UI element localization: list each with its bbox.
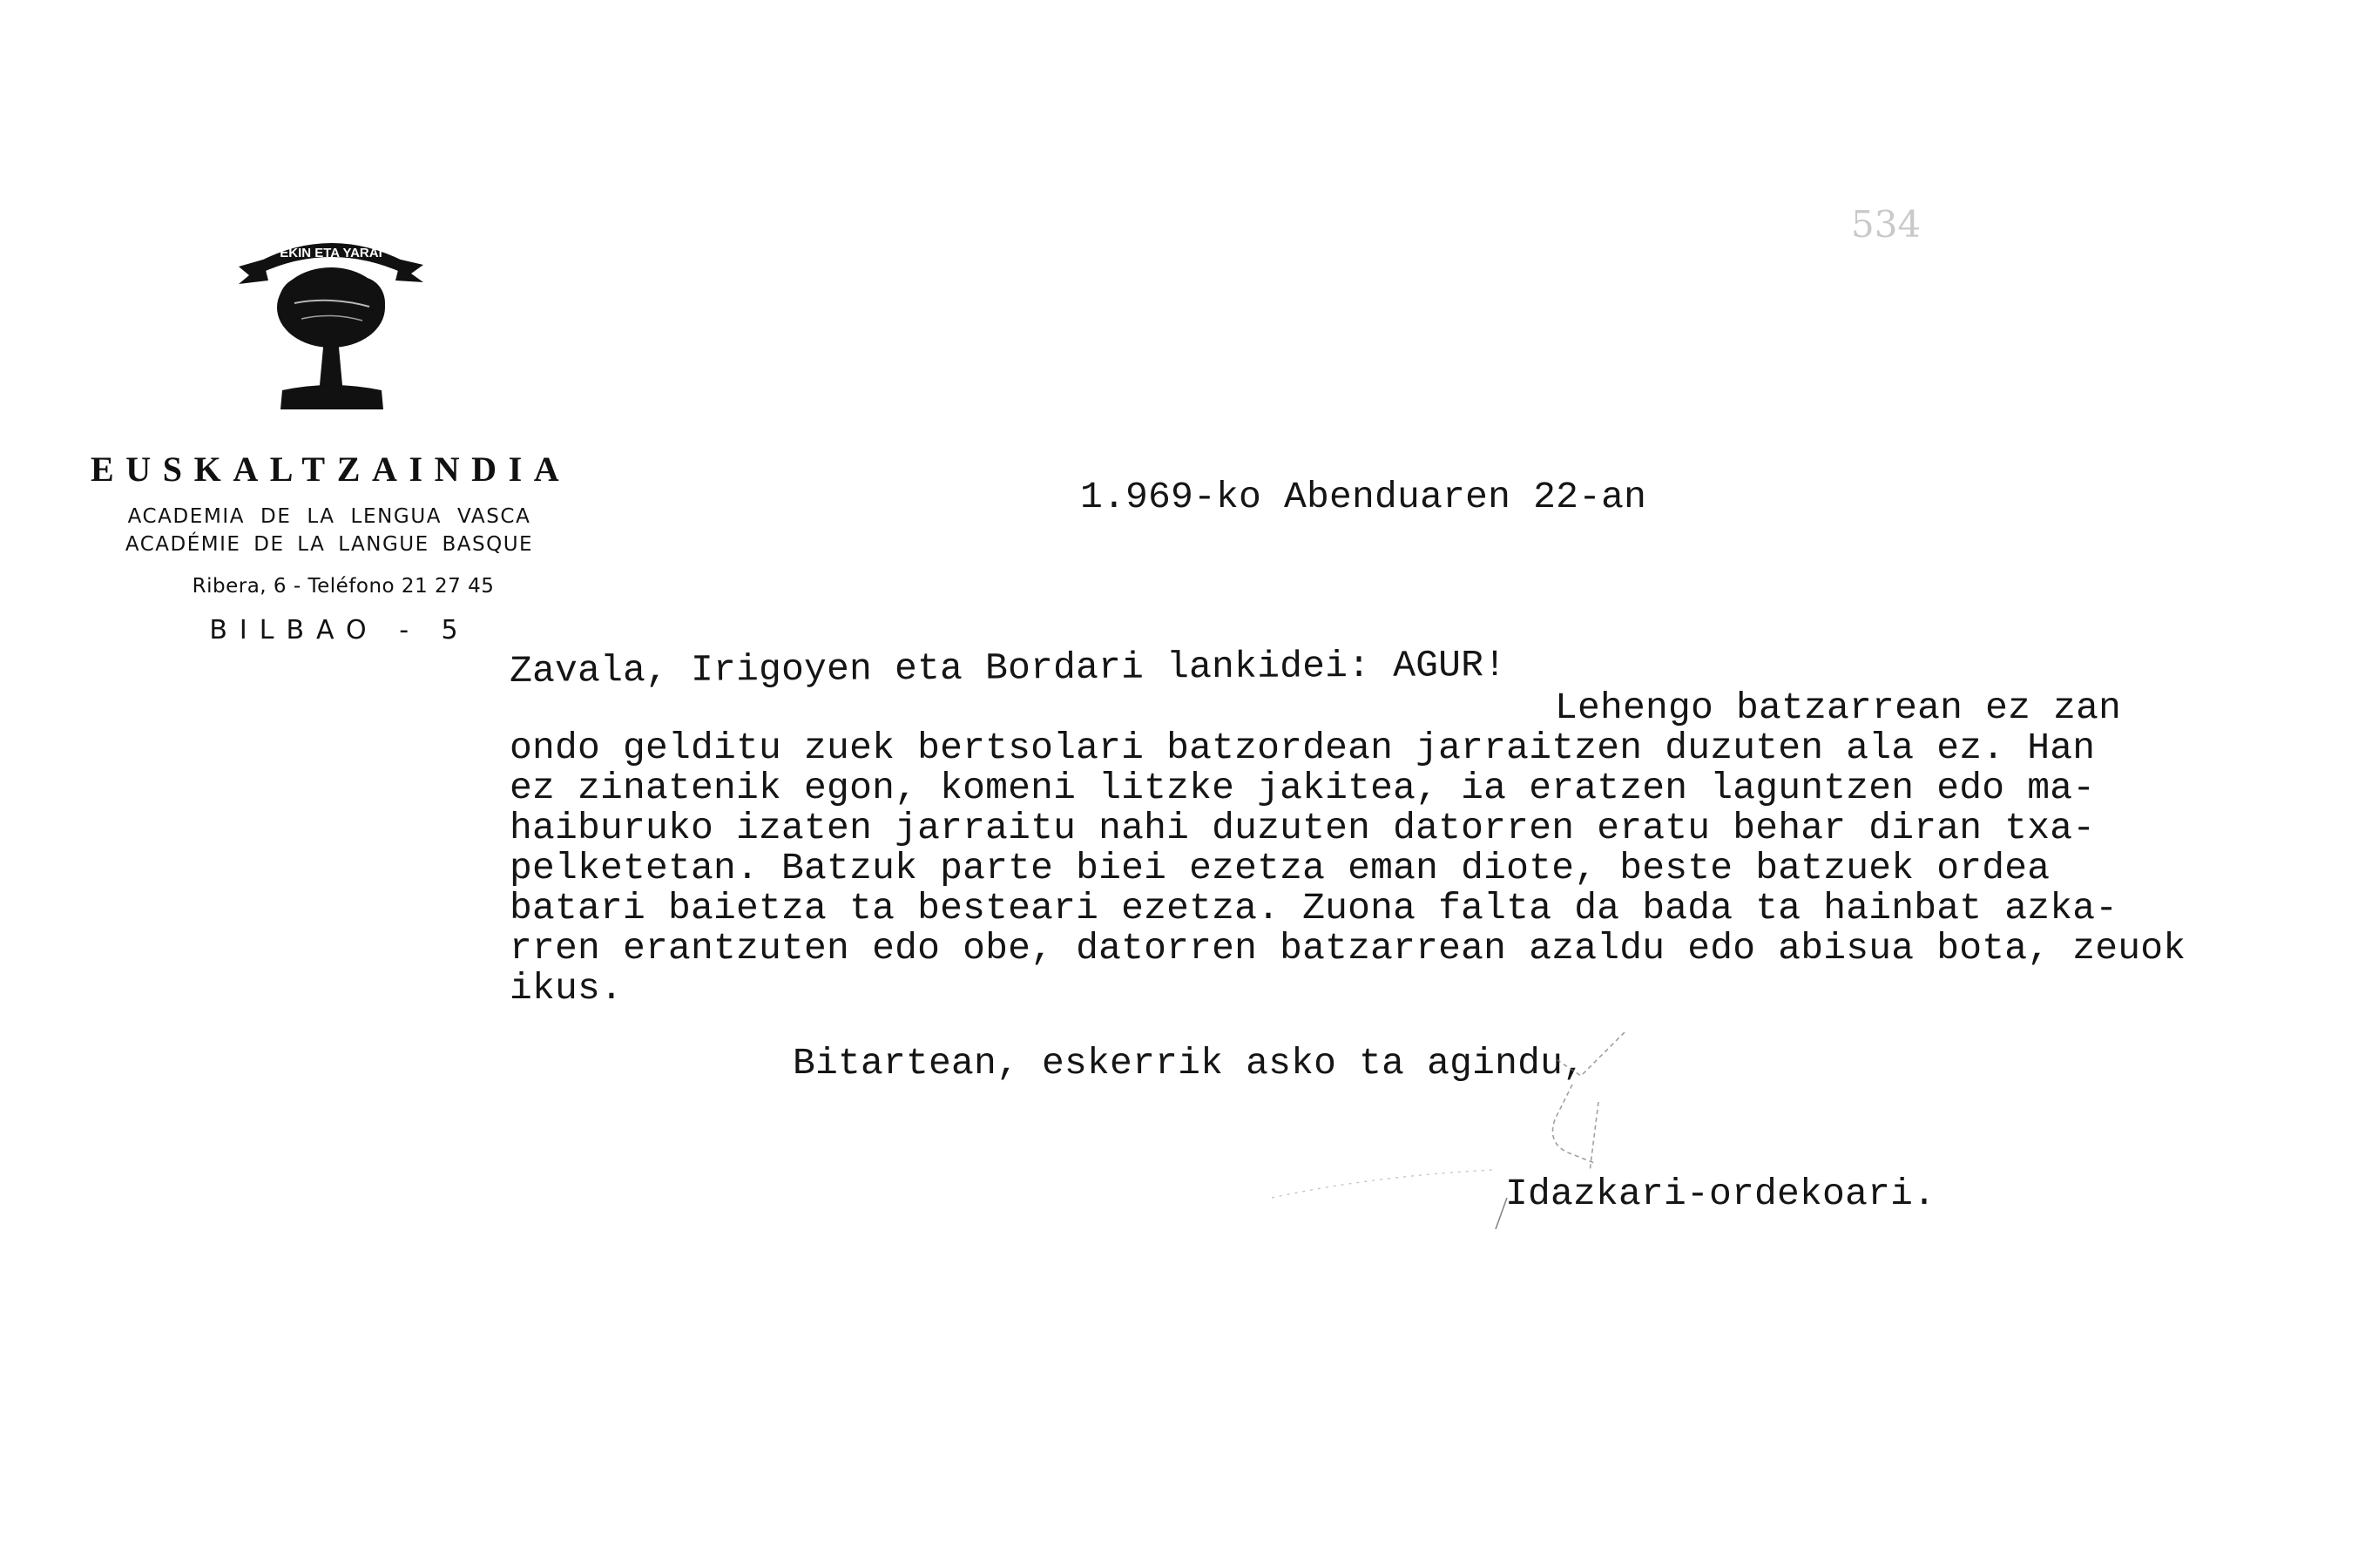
paragraph-line: batari baietza ta besteari ezetza. Zuona… <box>510 889 2118 929</box>
archive-number-mark: 534 <box>1842 193 1956 254</box>
letter-page: EKIN ETA YARAI EUSKALTZAINDIA ACADEMIA D… <box>0 0 2358 1568</box>
organization-city: BILBAO - 5 <box>101 615 578 646</box>
svg-text:534: 534 <box>1851 203 1921 246</box>
letter-date: 1.969-ko Abenduaren 22-an <box>1080 477 1646 517</box>
paragraph-line: haiburuko izaten jarraitu nahi duzuten d… <box>510 808 2095 848</box>
paragraph-line: ikus. <box>510 969 623 1009</box>
paragraph-line: rren erantzuten edo obe, datorren batzar… <box>510 929 2186 969</box>
letter-salutation: Zavala, Irigoyen eta Bordari lankidei: A… <box>510 645 1506 692</box>
organization-subtitle-es: ACADEMIA DE LA LENGUA VASCA <box>91 504 568 530</box>
svg-text:EKIN ETA YARAI: EKIN ETA YARAI <box>280 246 382 260</box>
oak-tree-emblem-icon: EKIN ETA YARAI <box>233 216 429 413</box>
letter-signoff: Idazkari-ordekoari. <box>1505 1174 1936 1214</box>
organization-subtitle-fr: ACADÉMIE DE LA LANGUE BASQUE <box>91 531 568 558</box>
paragraph-line: pelketetan. Batzuk parte biei ezetza ema… <box>510 848 2050 889</box>
paragraph-first-line: Lehengo batzarrean ez zan <box>1555 688 2121 728</box>
organization-name: EUSKALTZAINDIA <box>91 449 568 490</box>
organization-address: Ribera, 6 - Teléfono 21 27 45 <box>105 573 582 599</box>
paragraph-line: ez zinatenik egon, komeni litzke jakitea… <box>510 768 2095 808</box>
paragraph-line: ondo gelditu zuek bertsolari batzordean … <box>510 728 2095 768</box>
